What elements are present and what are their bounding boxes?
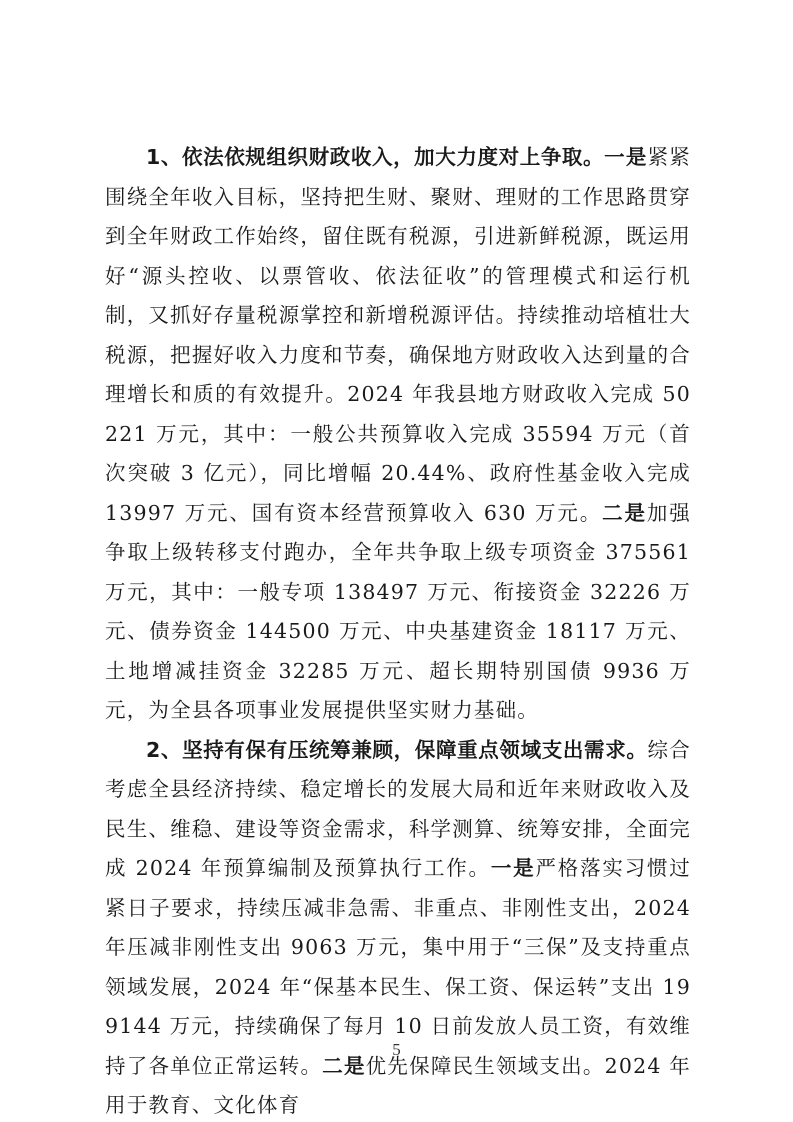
lead-phrase: 二是 <box>602 501 647 525</box>
lead-phrase: 一是 <box>491 856 536 880</box>
paragraph-expenditure: 2、坚持有保有压统筹兼顾，保障重点领域支出需求。综合考虑全县经济持续、稳定增长的… <box>105 731 691 1122</box>
page-number: 5 <box>0 1040 793 1060</box>
paragraph-revenue: 1、依法依规组织财政收入，加大力度对上争取。一是紧紧围绕全年收入目标，坚持把生财… <box>105 138 691 731</box>
section-heading-1: 1、依法依规组织财政收入，加大力度对上争取。 <box>146 145 604 169</box>
body-text: 紧紧围绕全年收入目标，坚持把生财、聚财、理财的工作思路贯穿到全年财政工作始终，留… <box>105 145 691 525</box>
section-heading-2: 2、坚持有保有压统筹兼顾，保障重点领域支出需求。 <box>146 738 648 762</box>
document-page: 1、依法依规组织财政收入，加大力度对上争取。一是紧紧围绕全年收入目标，坚持把生财… <box>105 138 691 1122</box>
lead-phrase: 一是 <box>604 145 647 169</box>
body-text: 加强争取上级转移支付跑办，全年共争取上级专项资金 375561 万元，其中：一般… <box>105 501 691 723</box>
